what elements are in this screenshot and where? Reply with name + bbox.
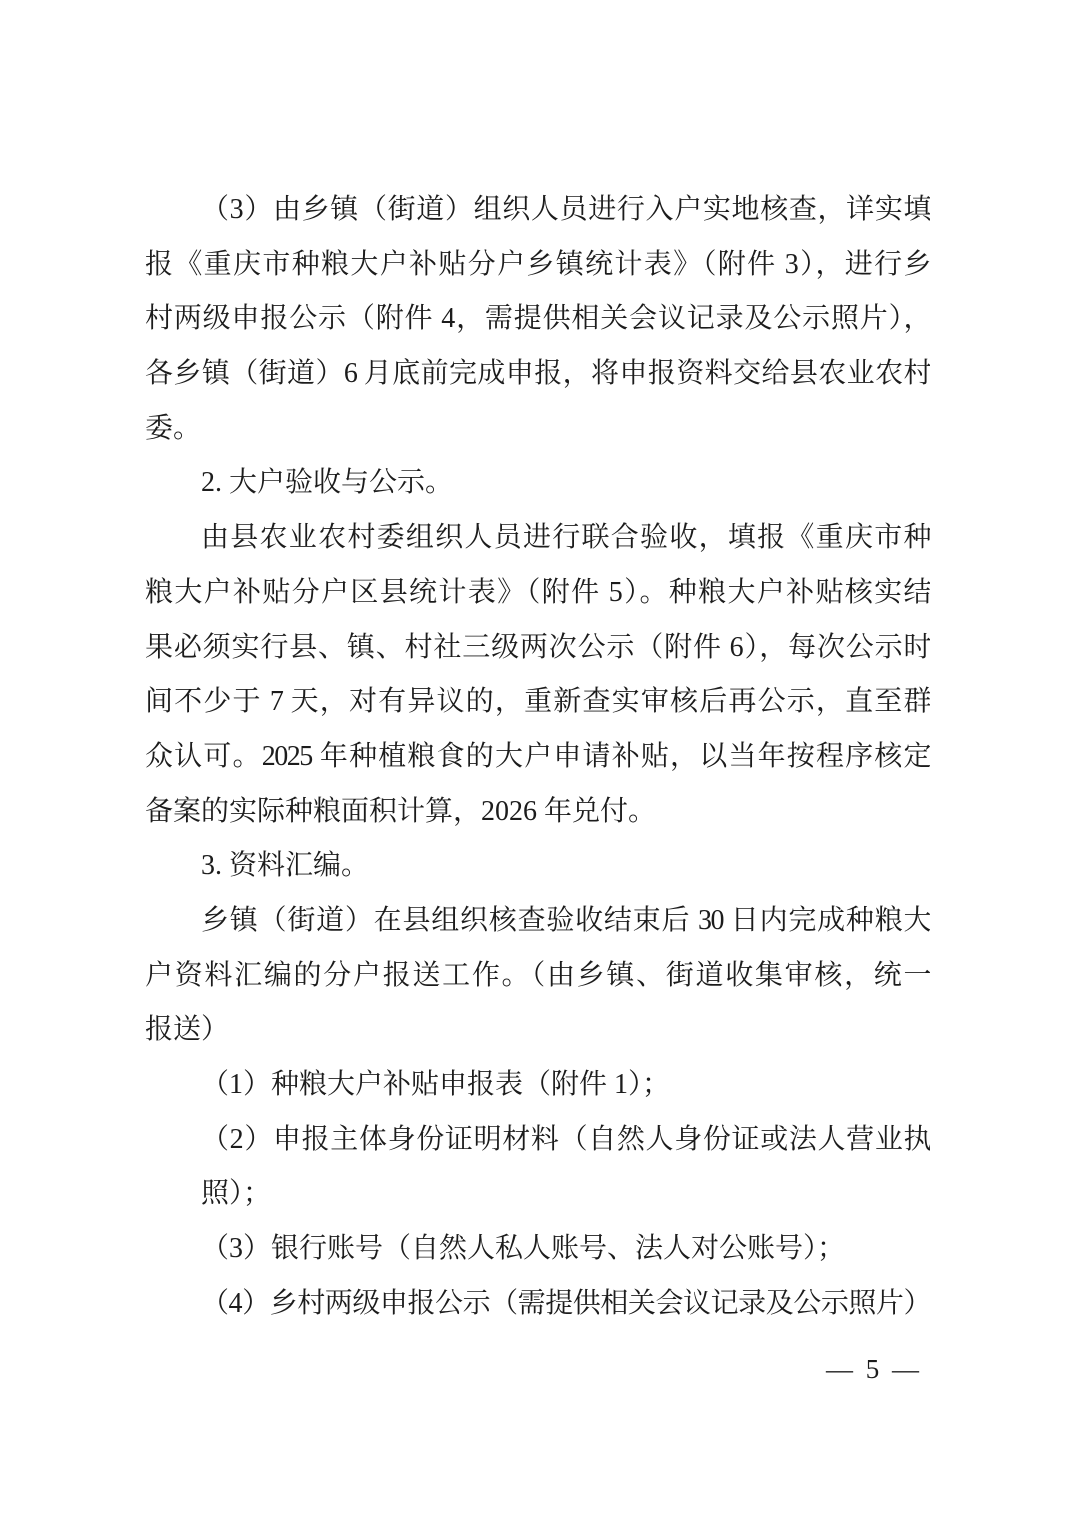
- paragraph-line: 报《重庆市种粮大户补贴分户乡镇统计表》（附件 3），进行乡: [145, 238, 930, 293]
- document-text-block: （3）由乡镇（街道）组织人员进行入户实地核查，详实填 报《重庆市种粮大户补贴分户…: [145, 183, 930, 1331]
- paragraph-line: 委。: [145, 402, 930, 457]
- paragraph-line: 乡镇（街道）在县组织核查验收结束后 30 日内完成种粮大: [145, 894, 930, 949]
- list-item-1-line: （1）种粮大户补贴申报表（附件 1）；: [145, 1058, 930, 1113]
- paragraph-line: 果必须实行县、镇、村社三级两次公示（附件 6），每次公示时: [145, 621, 930, 676]
- paragraph-line: 由县农业农村委组织人员进行联合验收，填报《重庆市种: [145, 511, 930, 566]
- section-heading-3: 3. 资料汇编。: [145, 839, 930, 894]
- paragraph-line: 各乡镇（街道）6 月底前完成申报，将申报资料交给县农业农村: [145, 347, 930, 402]
- list-item-3-line: （3）银行账号（自然人私人账号、法人对公账号）；: [145, 1222, 930, 1277]
- list-item-2-line: （2）申报主体身份证明材料（自然人身份证或法人营业执: [145, 1113, 930, 1168]
- paragraph-line: 众认可。2025 年种植粮食的大户申请补贴，以当年按程序核定: [145, 730, 930, 785]
- paragraph-line: 户资料汇编的分户报送工作。（由乡镇、街道收集审核，统一: [145, 949, 930, 1004]
- list-item-2-line: 照）；: [145, 1167, 930, 1222]
- paragraph-line: 粮大户补贴分户区县统计表》（附件 5）。种粮大户补贴核实结: [145, 566, 930, 621]
- document-page: （3）由乡镇（街道）组织人员进行入户实地核查，详实填 报《重庆市种粮大户补贴分户…: [0, 0, 1074, 1520]
- paragraph-line: 报送）: [145, 1003, 930, 1058]
- page-number: — 5 —: [826, 1352, 922, 1386]
- paragraph-line: 间不少于 7 天，对有异议的，重新查实审核后再公示，直至群: [145, 675, 930, 730]
- paragraph-line: 备案的实际种粮面积计算，2026 年兑付。: [145, 785, 930, 840]
- paragraph-line: 村两级申报公示（附件 4，需提供相关会议记录及公示照片），: [145, 292, 930, 347]
- paragraph-line: （3）由乡镇（街道）组织人员进行入户实地核查，详实填: [145, 183, 930, 238]
- section-heading-2: 2. 大户验收与公示。: [145, 456, 930, 511]
- list-item-4-line: （4）乡村两级申报公示（需提供相关会议记录及公示照片）: [145, 1277, 930, 1332]
